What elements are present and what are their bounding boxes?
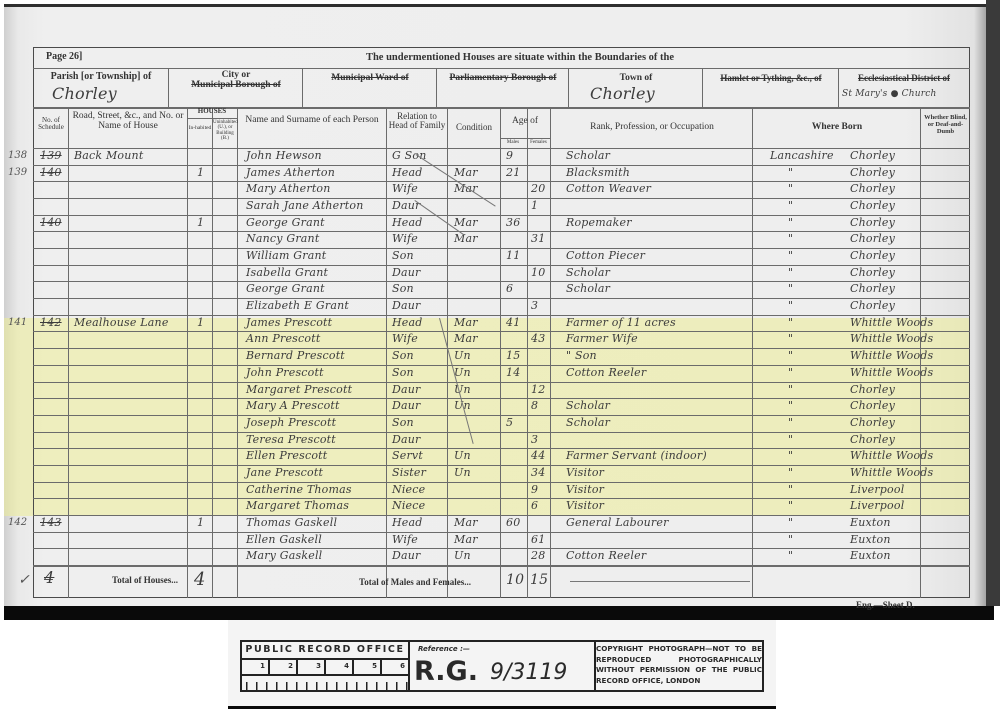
row-rule <box>33 231 970 232</box>
cell-m: 15 <box>506 348 520 364</box>
cell-town: Chorley <box>850 181 895 197</box>
total-males: 10 <box>506 572 524 588</box>
houses-count-struck: 4 <box>44 570 54 586</box>
col-blind: Whether Blind, or Deaf-and-Dumb <box>922 115 969 135</box>
cell-town: Chorley <box>850 148 895 164</box>
cell-name: Ellen Prescott <box>246 448 327 464</box>
ward-label: Municipal Ward of <box>304 74 436 84</box>
cell-f: 44 <box>531 448 545 464</box>
col-houses: HOUSES <box>188 108 236 115</box>
total-houses-label: Total of Houses... <box>100 576 190 585</box>
cell-town: Liverpool <box>850 498 904 514</box>
cell-county: Lancashire <box>770 148 834 164</box>
row-rule <box>33 565 970 566</box>
pro-ruler: 123456 <box>242 658 410 690</box>
margin-schedule-number: 138 <box>8 150 27 161</box>
cell-occ: Scholar <box>566 281 610 297</box>
cell-occ: " Son <box>566 348 597 364</box>
cell-name: John Hewson <box>246 148 322 164</box>
reference-prefix: R.G. <box>414 656 478 687</box>
cell-name: George Grant <box>246 215 325 231</box>
cell-name: Teresa Prescott <box>246 432 336 448</box>
cell-cond: Mar <box>454 165 478 181</box>
pro-office-label: PUBLIC RECORD OFFICE <box>242 642 410 658</box>
ruler-number: 6 <box>382 660 408 674</box>
cell-name: Joseph Prescott <box>246 415 336 431</box>
cell-occ: Cotton Weaver <box>566 181 651 197</box>
cell-f: 12 <box>531 382 545 398</box>
cell-name: George Grant <box>246 281 325 297</box>
cell-rel: Daur <box>392 398 421 414</box>
cell-town: Chorley <box>850 298 895 314</box>
cell-town: Chorley <box>850 165 895 181</box>
cell-county: " <box>788 548 793 564</box>
cell-town: Chorley <box>850 398 895 414</box>
cell-rel: Daur <box>392 298 421 314</box>
ruler-number: 2 <box>270 660 298 674</box>
cell-rel: Sister <box>392 465 426 481</box>
cell-town: Chorley <box>850 248 895 264</box>
margin-schedule-number: 141 <box>8 317 27 328</box>
cell-county: " <box>788 281 793 297</box>
cell-name: Catherine Thomas <box>246 482 352 498</box>
cell-cond: Mar <box>454 331 478 347</box>
sheet-footer: Eng.—Sheet D. <box>856 600 915 610</box>
ruler-ticks <box>242 676 408 690</box>
cell-town: Whittle Woods <box>850 348 933 364</box>
cell-name: Sarah Jane Atherton <box>246 198 364 214</box>
cell-occ: Farmer of 11 acres <box>566 315 676 331</box>
cell-rel: Son <box>392 348 414 364</box>
ruler-number: 4 <box>326 660 354 674</box>
cell-rel: Niece <box>392 482 425 498</box>
cell-rel: Head <box>392 165 423 181</box>
cell-inh: 1 <box>197 165 204 181</box>
rule <box>436 68 437 107</box>
col-inhabited: In-habited <box>188 126 212 132</box>
cell-sched: 140 <box>40 215 62 231</box>
row-rule <box>33 281 970 282</box>
cell-county: " <box>788 532 793 548</box>
rule <box>302 68 303 107</box>
cell-f: 10 <box>531 265 545 281</box>
row-rule <box>33 348 970 349</box>
cell-rel: Son <box>392 281 414 297</box>
film-border <box>4 606 994 620</box>
cell-rel: Wife <box>392 231 418 247</box>
col-road: Road, Street, &c., and No. or Name of Ho… <box>70 112 186 132</box>
cell-occ: Ropemaker <box>566 215 632 231</box>
parish-value: Chorley <box>52 86 117 102</box>
cell-rel: Son <box>392 248 414 264</box>
cell-county: " <box>788 215 793 231</box>
cell-sched: 142 <box>40 315 62 331</box>
col-condition: Condition <box>448 123 500 132</box>
pro-reference-stamp: PUBLIC RECORD OFFICE 123456 Reference :—… <box>228 620 776 709</box>
reference-number: 9/3119 <box>490 660 567 685</box>
cell-inh: 1 <box>197 215 204 231</box>
cell-name: Mary A Prescott <box>246 398 340 414</box>
cell-name: Isabella Grant <box>246 265 328 281</box>
row-rule <box>33 315 970 316</box>
cell-f: 61 <box>531 532 545 548</box>
cell-name: Ellen Gaskell <box>246 532 322 548</box>
cell-town: Chorley <box>850 415 895 431</box>
cell-town: Chorley <box>850 231 895 247</box>
cell-name: Mary Atherton <box>246 181 331 197</box>
row-rule <box>33 398 970 399</box>
cell-sched: 140 <box>40 165 62 181</box>
rule <box>187 118 237 119</box>
row-rule <box>33 548 970 549</box>
cell-rel: G Son <box>392 148 427 164</box>
page-heading: The undermentioned Houses are situate wi… <box>330 52 710 63</box>
cell-county: " <box>788 331 793 347</box>
pro-reference: Reference :— R.G. 9/3119 <box>410 642 596 690</box>
cell-rel: Daur <box>392 548 421 564</box>
cell-sched: 139 <box>40 148 62 164</box>
cell-town: Whittle Woods <box>850 315 933 331</box>
ruler-number: 3 <box>298 660 326 674</box>
cell-m: 36 <box>506 215 520 231</box>
row-rule <box>33 215 970 216</box>
cell-road: Back Mount <box>74 148 143 164</box>
cell-name: Elizabeth E Grant <box>246 298 349 314</box>
rule <box>568 68 569 107</box>
margin-schedule-number: 142 <box>8 517 27 528</box>
cell-road: Mealhouse Lane <box>74 315 169 331</box>
ruler-number: 1 <box>242 660 270 674</box>
cell-county: " <box>788 198 793 214</box>
row-rule <box>33 248 970 249</box>
cell-county: " <box>788 231 793 247</box>
cell-county: " <box>788 365 793 381</box>
row-rule <box>33 382 970 383</box>
rule <box>33 68 970 69</box>
cell-f: 3 <box>531 432 538 448</box>
cell-name: James Prescott <box>246 315 332 331</box>
cell-town: Chorley <box>850 198 895 214</box>
col-occupation: Rank, Profession, or Occupation <box>552 123 752 133</box>
cell-name: John Prescott <box>246 365 324 381</box>
cell-f: 34 <box>531 465 545 481</box>
cell-rel: Daur <box>392 265 421 281</box>
cell-county: " <box>788 181 793 197</box>
cell-f: 43 <box>531 331 545 347</box>
cell-county: " <box>788 482 793 498</box>
page-edge-shadow <box>986 0 1000 606</box>
cell-town: Chorley <box>850 215 895 231</box>
cell-county: " <box>788 515 793 531</box>
cell-rel: Head <box>392 315 423 331</box>
cell-name: James Atherton <box>246 165 335 181</box>
cell-occ: Farmer Servant (indoor) <box>566 448 707 464</box>
cell-m: 6 <box>506 281 513 297</box>
cell-occ: Farmer Wife <box>566 331 638 347</box>
cell-county: " <box>788 415 793 431</box>
row-rule <box>33 365 970 366</box>
cell-name: Bernard Prescott <box>246 348 345 364</box>
cell-f: 1 <box>531 198 538 214</box>
total-persons-label: Total of Males and Females... <box>330 578 500 587</box>
col-males: Males <box>500 140 526 145</box>
cell-m: 9 <box>506 148 513 164</box>
cell-rel: Wife <box>392 532 418 548</box>
cell-county: " <box>788 448 793 464</box>
row-rule <box>33 532 970 533</box>
town-label: Town of <box>570 74 702 84</box>
cell-rel: Daur <box>392 432 421 448</box>
cell-county: " <box>788 348 793 364</box>
parliamentary-label: Parliamentary Borough of <box>438 74 568 84</box>
cell-rel: Wife <box>392 331 418 347</box>
cell-rel: Niece <box>392 498 425 514</box>
cell-name: Margaret Thomas <box>246 498 349 514</box>
cell-m: 41 <box>506 315 520 331</box>
cell-cond: Mar <box>454 315 478 331</box>
cell-occ: Scholar <box>566 415 610 431</box>
city-label: City orMunicipal Borough of <box>170 71 302 91</box>
row-rule <box>33 331 970 332</box>
cell-name: Nancy Grant <box>246 231 319 247</box>
col-schedule: No. of Schedule <box>34 117 68 132</box>
cell-occ: General Labourer <box>566 515 669 531</box>
cell-cond: Mar <box>454 215 478 231</box>
hamlet-label: Hamlet or Tything, &c., of <box>704 74 838 83</box>
cell-m: 21 <box>506 165 520 181</box>
col-females: Females <box>527 140 550 145</box>
cell-town: Chorley <box>850 382 895 398</box>
cell-occ: Cotton Reeler <box>566 548 646 564</box>
cell-f: 8 <box>531 398 538 414</box>
cell-m: 14 <box>506 365 520 381</box>
cell-town: Euxton <box>850 515 891 531</box>
tick-mark: ✓ <box>18 572 30 588</box>
cell-county: " <box>788 465 793 481</box>
cell-town: Whittle Woods <box>850 448 933 464</box>
cell-inh: 1 <box>197 315 204 331</box>
cell-county: " <box>788 398 793 414</box>
cell-m: 5 <box>506 415 513 431</box>
cell-county: " <box>788 432 793 448</box>
cell-f: 20 <box>531 181 545 197</box>
cell-town: Whittle Woods <box>850 365 933 381</box>
cell-county: " <box>788 298 793 314</box>
row-rule <box>33 415 970 416</box>
pencil-stroke <box>570 581 750 582</box>
cell-county: " <box>788 382 793 398</box>
cell-rel: Servt <box>392 448 423 464</box>
row-rule <box>33 432 970 433</box>
col-name: Name and Surname of each Person <box>240 116 384 126</box>
cell-town: Chorley <box>850 281 895 297</box>
cell-f: 3 <box>531 298 538 314</box>
cell-cond: Mar <box>454 532 478 548</box>
cell-occ: Visitor <box>566 465 604 481</box>
margin-schedule-number: 139 <box>8 167 27 178</box>
cell-county: " <box>788 165 793 181</box>
cell-cond: Un <box>454 465 471 481</box>
cell-name: Jane Prescott <box>246 465 323 481</box>
cell-cond: Un <box>454 365 471 381</box>
row-rule <box>33 515 970 516</box>
parish-label: Parish [or Township] of <box>36 72 166 83</box>
reference-label: Reference :— <box>418 645 470 653</box>
rule <box>500 138 550 139</box>
cell-m: 60 <box>506 515 520 531</box>
cell-occ: Scholar <box>566 265 610 281</box>
cell-cond: Un <box>454 548 471 564</box>
cell-name: Margaret Prescott <box>246 382 352 398</box>
cell-cond: Mar <box>454 515 478 531</box>
town-value: Chorley <box>590 86 655 102</box>
cell-town: Chorley <box>850 432 895 448</box>
cell-town: Euxton <box>850 532 891 548</box>
cell-town: Whittle Woods <box>850 465 933 481</box>
rule <box>168 68 169 107</box>
col-uninhabited: Uninhabited (U.), or Building (B.) <box>213 120 237 141</box>
ruler-number: 5 <box>354 660 382 674</box>
row-rule <box>33 165 970 166</box>
col-age: Age of <box>500 117 550 127</box>
cell-occ: Blacksmith <box>566 165 630 181</box>
cell-f: 31 <box>531 231 545 247</box>
cell-name: William Grant <box>246 248 326 264</box>
total-houses-value: 4 <box>194 572 206 588</box>
cell-cond: Mar <box>454 231 478 247</box>
rule <box>838 68 839 107</box>
row-rule <box>33 298 970 299</box>
cell-rel: Daur <box>392 382 421 398</box>
cell-f: 6 <box>531 498 538 514</box>
col-relation: Relation to Head of Family <box>387 112 447 131</box>
cell-county: " <box>788 315 793 331</box>
cell-occ: Cotton Reeler <box>566 365 646 381</box>
row-rule <box>33 265 970 266</box>
total-females: 15 <box>530 572 548 588</box>
cell-name: Ann Prescott <box>246 331 320 347</box>
cell-cond: Mar <box>454 181 478 197</box>
cell-name: Thomas Gaskell <box>246 515 337 531</box>
col-where-born: Where Born <box>754 123 920 133</box>
cell-cond: Un <box>454 448 471 464</box>
row-rule <box>33 482 970 483</box>
copyright-notice: COPYRIGHT PHOTOGRAPH—NOT TO BE REPRODUCE… <box>596 644 762 686</box>
cell-county: " <box>788 498 793 514</box>
cell-cond: Un <box>454 348 471 364</box>
cell-rel: Head <box>392 215 423 231</box>
row-rule <box>33 448 970 449</box>
row-rule <box>33 198 970 199</box>
cell-occ: Scholar <box>566 148 610 164</box>
row-rule <box>33 181 970 182</box>
rule <box>702 68 703 107</box>
ecclesiastical-value: St Mary's ● Church <box>842 86 937 102</box>
row-rule <box>33 465 970 466</box>
cell-occ: Visitor <box>566 482 604 498</box>
row-rule <box>33 498 970 499</box>
cell-rel: Son <box>392 415 414 431</box>
cell-town: Euxton <box>850 548 891 564</box>
rule <box>33 107 970 109</box>
cell-f: 28 <box>531 548 545 564</box>
cell-occ: Visitor <box>566 498 604 514</box>
cell-m: 11 <box>506 248 520 264</box>
cell-occ: Scholar <box>566 398 610 414</box>
cell-sched: 143 <box>40 515 62 531</box>
cell-occ: Cotton Piecer <box>566 248 645 264</box>
ecclesiastical-label: Ecclesiastical District of <box>840 74 968 83</box>
cell-town: Liverpool <box>850 482 904 498</box>
page-number: Page 26] <box>46 52 82 63</box>
cell-rel: Wife <box>392 181 418 197</box>
cell-town: Whittle Woods <box>850 331 933 347</box>
cell-f: 9 <box>531 482 538 498</box>
cell-rel: Son <box>392 365 414 381</box>
cell-inh: 1 <box>197 515 204 531</box>
cell-name: Mary Gaskell <box>246 548 322 564</box>
cell-town: Chorley <box>850 265 895 281</box>
cell-rel: Head <box>392 515 423 531</box>
cell-county: " <box>788 248 793 264</box>
cell-county: " <box>788 265 793 281</box>
